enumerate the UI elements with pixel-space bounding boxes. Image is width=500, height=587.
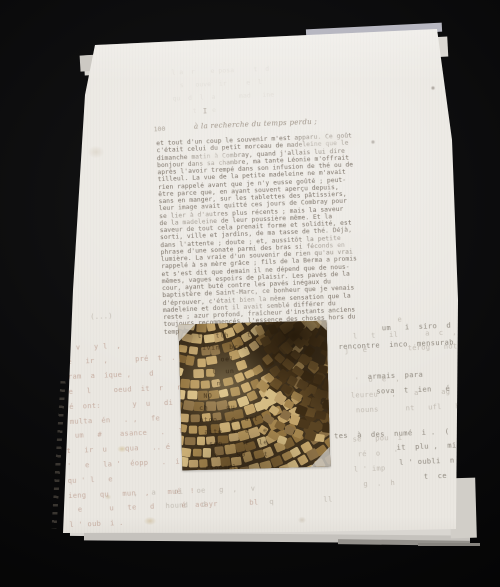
photo-corner-mount-tr — [316, 321, 326, 331]
ghost-text-upper: l a r e posa t d s ouve ir e l qu d l a … — [171, 63, 275, 119]
ghost-fragment: t ce l — [424, 471, 461, 480]
page-content: 100 à la recherche du temps perdu ; I l … — [50, 17, 481, 553]
bottom-dark-edge — [418, 543, 480, 546]
binding-stitches — [51, 381, 65, 529]
booklet-front-page: 100 à la recherche du temps perdu ; I l … — [0, 0, 500, 587]
overprinted-text: t tlh d t ivin brel oel . l un n NO ch q… — [193, 328, 269, 470]
photograph-scene: 100 à la recherche du temps perdu ; I l … — [0, 0, 500, 587]
photo-corner-mount-br — [310, 447, 331, 468]
photo-corner-mount-tl — [179, 324, 196, 341]
cobblestone-photograph: t tlh d t ivin brel oel . l un n NO ch q… — [179, 321, 331, 471]
